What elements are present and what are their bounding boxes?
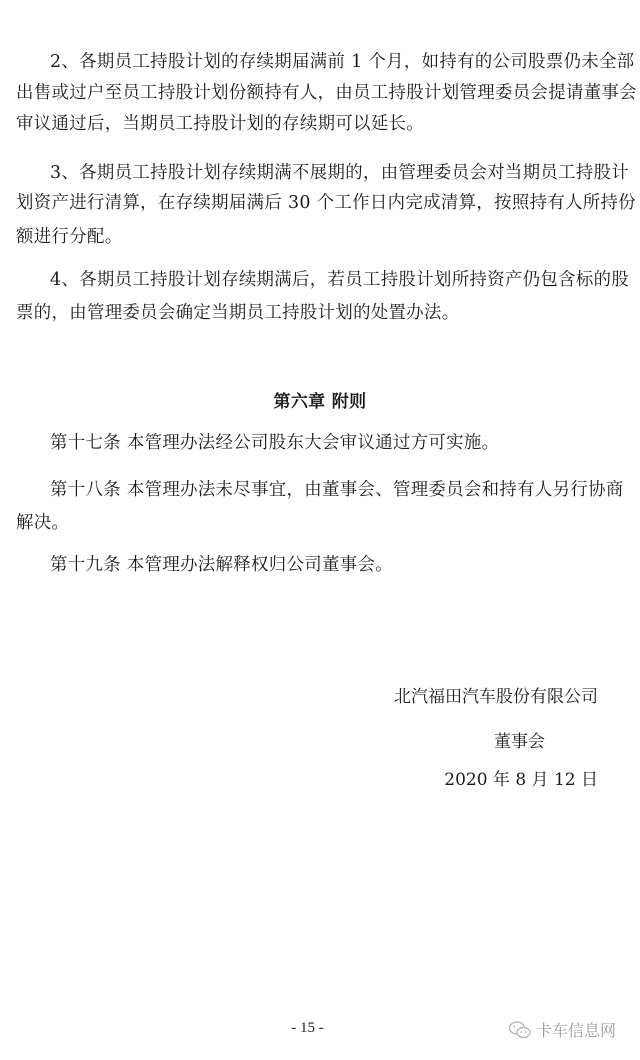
paragraph-2-line-2: 出售或过户至员工持股计划份额持有人，由员工持股计划管理委员会提请董事会 — [16, 83, 637, 103]
paragraph-2-line-1: 2、各期员工持股计划的存续期届满前 1 个月，如持有的公司股票仍未全部 — [50, 52, 635, 72]
signature-date: 2020 年 8 月 12 日 — [444, 770, 598, 790]
signature-board: 董事会 — [494, 732, 545, 752]
paragraph-4-line-1: 4、各期员工持股计划存续期满后，若员工持股计划所持资产仍包含标的股 — [50, 270, 629, 290]
paragraph-3-line-1: 3、各期员工持股计划存续期满不展期的，由管理委员会对当期员工持股计 — [50, 163, 629, 183]
watermark: 卡车信息网 — [508, 1018, 616, 1041]
paragraph-4-line-2: 票的，由管理委员会确定当期员工持股计划的处置办法。 — [16, 303, 460, 323]
watermark-text: 卡车信息网 — [536, 1018, 616, 1041]
article-19: 第十九条 本管理办法解释权归公司董事会。 — [50, 555, 393, 575]
signature-company: 北汽福田汽车股份有限公司 — [394, 687, 598, 707]
article-18-line-1: 第十八条 本管理办法未尽事宜，由董事会、管理委员会和持有人另行协商 — [50, 480, 624, 500]
paragraph-3-line-3: 额进行分配。 — [16, 227, 122, 247]
paragraph-3-line-2: 划资产进行清算，在存续期届满后 30 个工作日内完成清算，按照持有人所持份 — [16, 193, 636, 213]
wechat-icon — [508, 1020, 532, 1040]
article-17: 第十七条 本管理办法经公司股东大会审议通过方可实施。 — [50, 433, 499, 453]
paragraph-2-line-3: 审议通过后，当期员工持股计划的存续期可以延长。 — [16, 114, 424, 134]
chapter-heading: 第六章 附则 — [0, 392, 640, 412]
article-18-line-2: 解决。 — [16, 513, 69, 533]
